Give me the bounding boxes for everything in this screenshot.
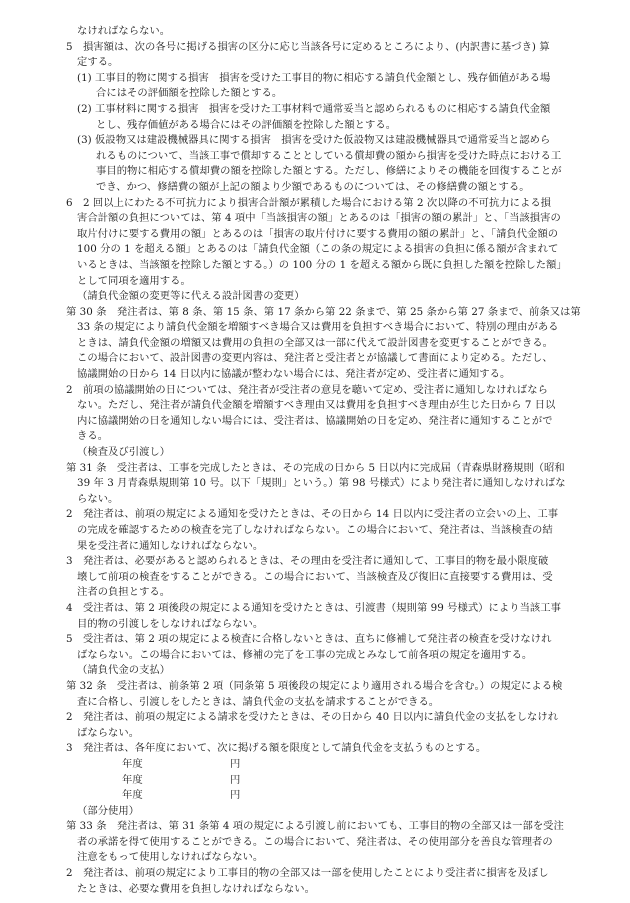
text-line: ない。ただし、発注者が請負代金額を増額すべき理由又は費用を負担すべき理由が生じた… — [66, 398, 576, 414]
text-line: ときは、請負代金額の増額又は費用の負担の全部又は一部に代えて設計図書を変更するこ… — [66, 336, 576, 352]
year-label: 年度 — [122, 773, 230, 789]
text-line: 33 条の規定により請負代金額を増額すべき場合又は費用を負担すべき場合において、… — [66, 320, 576, 336]
text-line: 注者の負担とする。 — [66, 585, 576, 601]
text-line: 2 発注者は、前項の規定により工事目的物の全部又は一部を使用したことにより受注者… — [66, 866, 576, 882]
text-line: （請負代金の支払） — [66, 663, 576, 679]
year-row: 年度円 — [66, 757, 576, 773]
text-line: として同項を適用する。 — [66, 274, 576, 290]
text-line: （部分使用） — [66, 804, 576, 820]
text-line: 第 32 条 受注者は、前条第 2 項（同条第 5 項後段の規定により適用される… — [66, 679, 576, 695]
amount-label: 円 — [230, 758, 240, 770]
text-line: (2) 工事材料に関する損害 損害を受けた工事材料で通常妥当と認められるものに相… — [66, 102, 576, 118]
year-label: 年度 — [122, 788, 230, 804]
text-line: 2 発注者は、前項の規定による通知を受けたときは、その日から 14 日以内に受注… — [66, 507, 576, 523]
text-line: の完成を確認するための検査を完了しなければならない。この場合において、発注者は、… — [66, 523, 576, 539]
document-body: なければならない。5 損害額は、次の各号に掲げる損害の区分に応じ当該各号に定める… — [66, 24, 576, 757]
text-line: 害合計額の負担については、第 4 項中「当該損害の額」とあるのは「損害の額の累計… — [66, 211, 576, 227]
text-line: 者の承諾を得て使用することができる。この場合において、発注者は、その使用部分を善… — [66, 835, 576, 851]
text-line: 2 前項の協議開始の日については、発注者が受注者の意見を聴いて定め、受注者に通知… — [66, 383, 576, 399]
text-line: ばならない。この場合においては、修補の完了を工事の完成とみなして前各項の規定を適… — [66, 648, 576, 664]
text-line: らない。 — [66, 492, 576, 508]
year-row: 年度円 — [66, 788, 576, 804]
text-line: 注意をもって使用しなければならない。 — [66, 850, 576, 866]
text-line: （検査及び引渡し） — [66, 445, 576, 461]
text-line: いるときは、当該額を控除した額とする。）の 100 分の 1 を超える額から既に… — [66, 258, 576, 274]
year-label: 年度 — [122, 757, 230, 773]
text-line: ばならない。 — [66, 726, 576, 742]
text-line: 2 発注者は、前項の規定による請求を受けたときは、その日から 40 日以内に請負… — [66, 710, 576, 726]
text-line: とし、残存価値がある場合にはその評価額を控除した額とする。 — [66, 118, 576, 134]
text-line: 事目的物に相応する償却費の額を控除した額とする。ただし、修繕によりその機能を回復… — [66, 164, 576, 180]
amount-label: 円 — [230, 774, 240, 786]
text-line: 第 33 条 発注者は、第 31 条第 4 項の規定による引渡し前においても、工… — [66, 819, 576, 835]
text-line: たときは、必要な費用を負担しなければならない。 — [66, 882, 576, 898]
year-row: 年度円 — [66, 773, 576, 789]
text-line: 3 発注者は、各年度において、次に掲げる額を限度として請負代金を支払うものとする… — [66, 741, 576, 757]
text-line: でき、かつ、修繕費の額が上記の額より少額であるものについては、その修繕費の額とす… — [66, 180, 576, 196]
text-line: 目的物の引渡しをしなければならない。 — [66, 617, 576, 633]
text-line: 第 30 条 発注者は、第 8 条、第 15 条、第 17 条から第 22 条ま… — [66, 305, 576, 321]
document-page: なければならない。5 損害額は、次の各号に掲げる損害の区分に応じ当該各号に定める… — [66, 24, 576, 897]
text-line: 6 2 回以上にわたる不可抗力により損害合計額が累積した場合における第 2 次以… — [66, 196, 576, 212]
text-line: 定する。 — [66, 55, 576, 71]
text-line: なければならない。 — [66, 24, 576, 40]
amount-label: 円 — [230, 789, 240, 801]
text-line: 壊して前項の検査をすることができる。この場合において、当該検査及び復旧に直接要す… — [66, 570, 576, 586]
text-line: 39 年 3 月青森県規則第 10 号。以下「規則」という。）第 98 号様式）… — [66, 476, 576, 492]
text-line: 5 損害額は、次の各号に掲げる損害の区分に応じ当該各号に定めるところにより、(内… — [66, 40, 576, 56]
text-line: (3) 仮設物又は建設機械器具に関する損害 損害を受けた仮設物又は建設機械器具で… — [66, 133, 576, 149]
text-line: 果を受注者に通知しなければならない。 — [66, 539, 576, 555]
text-line: 査に合格し、引渡しをしたときは、請負代金の支払を請求することができる。 — [66, 695, 576, 711]
text-line: れるものについて、当該工事で償却することとしている償却費の額から損害を受けた時点… — [66, 149, 576, 165]
text-line: 第 31 条 受注者は、工事を完成したときは、その完成の日から 5 日以内に完成… — [66, 461, 576, 477]
text-line: きる。 — [66, 429, 576, 445]
text-line: 100 分の 1 を超える額」とあるのは「請負代金額（この条の規定による損害の負… — [66, 242, 576, 258]
text-line: 4 受注者は、第 2 項後段の規定による通知を受けたときは、引渡書（規則第 99… — [66, 601, 576, 617]
text-line: 3 発注者は、必要があると認められるときは、その理由を受注者に通知して、工事目的… — [66, 554, 576, 570]
text-line: (1) 工事目的物に関する損害 損害を受けた工事目的物に相応する請負代金額とし、… — [66, 71, 576, 87]
annual-payment-table: 年度円年度円年度円 — [66, 757, 576, 804]
text-line: 協議開始の日から 14 日以内に協議が整わない場合には、発注者が定め、受注者に通… — [66, 367, 576, 383]
text-line: この場合において、設計図書の変更内容は、発注者と受注者とが協議して書面により定め… — [66, 351, 576, 367]
text-line: 取片付けに要する費用の額」とあるのは「損害の取片付けに要する費用の額の累計」と、… — [66, 227, 576, 243]
text-line: （請負代金額の変更等に代える設計図書の変更） — [66, 289, 576, 305]
text-line: 5 受注者は、第 2 項の規定による検査に合格しないときは、直ちに修補して発注者… — [66, 632, 576, 648]
text-line: 内に協議開始の日を通知しない場合には、受注者は、協議開始の日を定め、発注者に通知… — [66, 414, 576, 430]
document-tail: （部分使用）第 33 条 発注者は、第 31 条第 4 項の規定による引渡し前に… — [66, 804, 576, 898]
text-line: 合にはその評価額を控除した額とする。 — [66, 86, 576, 102]
